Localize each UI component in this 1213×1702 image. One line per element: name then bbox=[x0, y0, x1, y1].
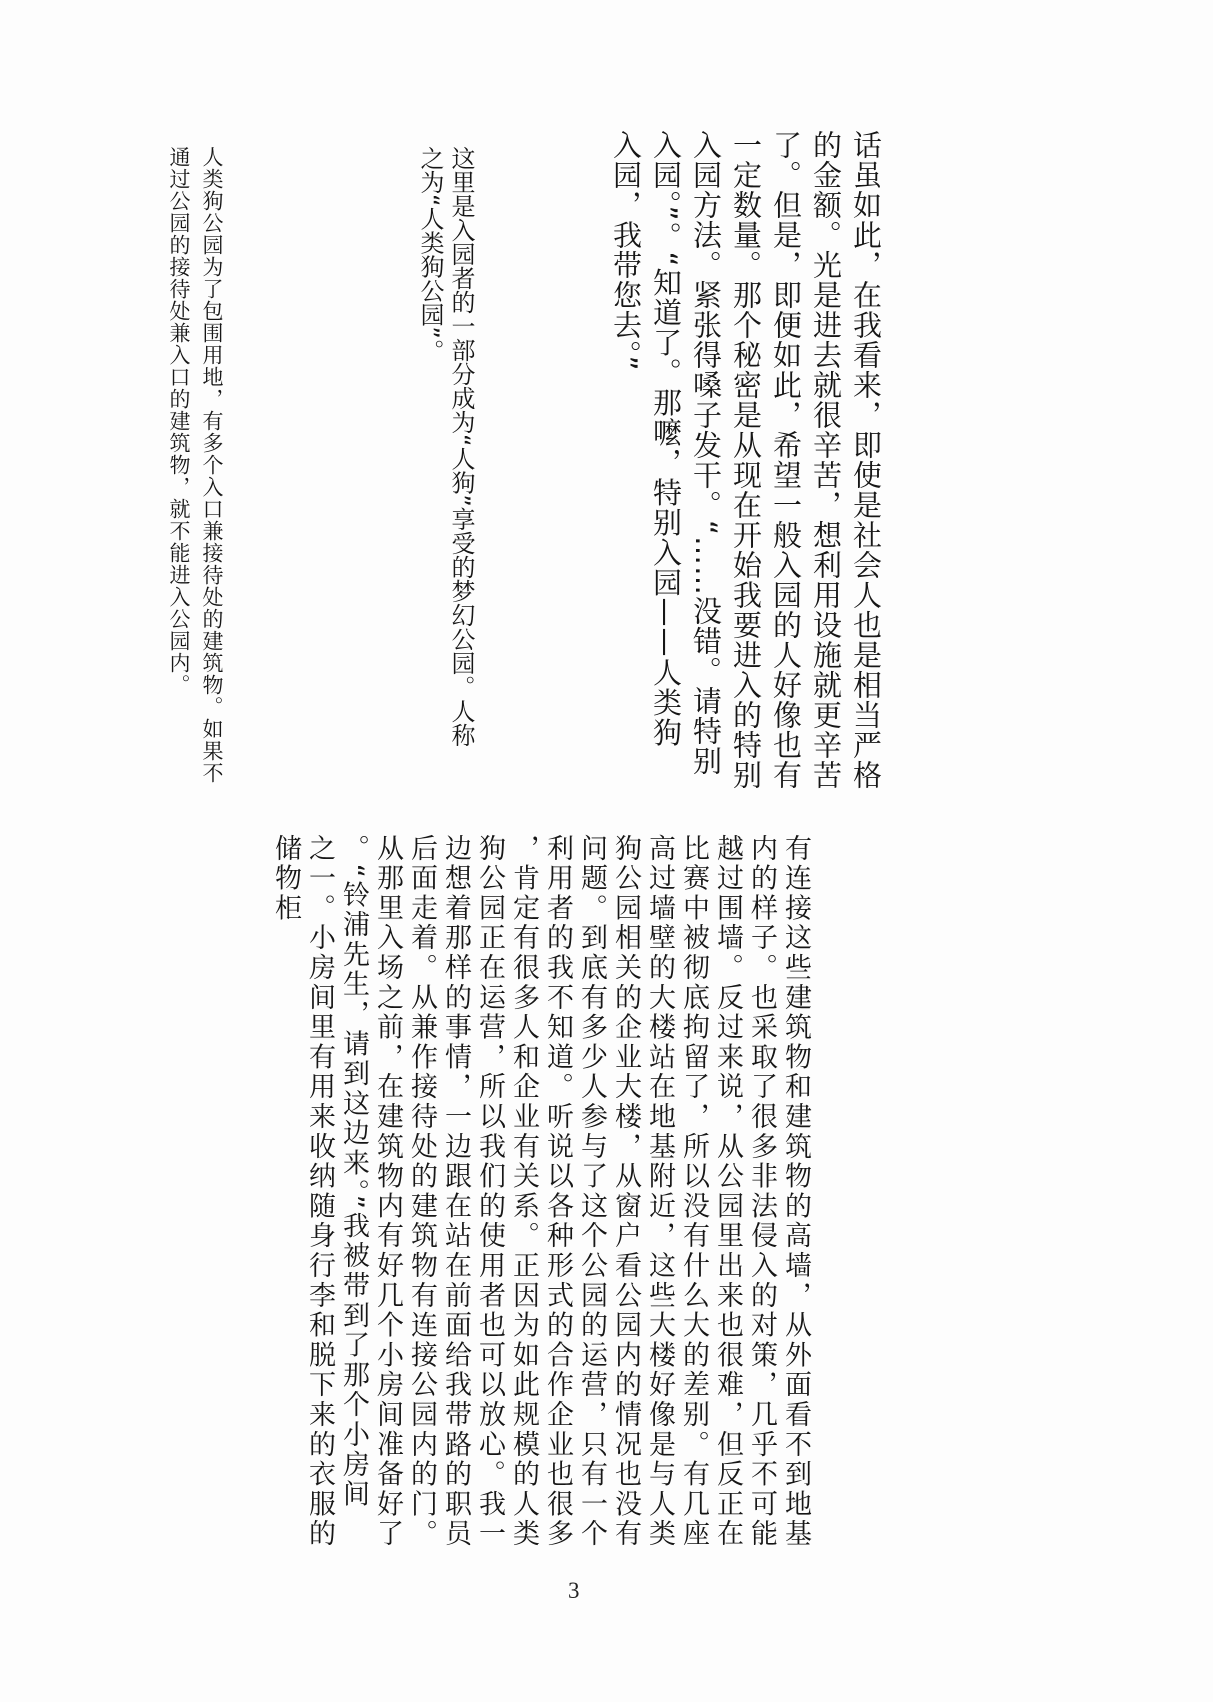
text-column: 通过公园的接待处兼入口的建筑物，就不能进入公园内。 bbox=[162, 146, 195, 784]
text-column: 之为“人类狗公园”。 bbox=[414, 146, 445, 747]
text-column: 话虽如此，在我看来，即使是社会人也是相当严格 bbox=[846, 130, 886, 790]
text-column: 的金额。光是进去就很辛苦，想利用设施就更辛苦 bbox=[806, 130, 846, 790]
text-column: 有连接这些建筑物和建筑物的高墙，从外面看不到地基 bbox=[778, 834, 812, 1549]
paragraph-top-right: 话虽如此，在我看来，即使是社会人也是相当严格 的金额。光是进去就很辛苦，想利用设… bbox=[606, 130, 886, 790]
text-column: 利用者的我不知道。听说以各种形式的合作企业也很多 bbox=[540, 834, 574, 1549]
text-column: 这里是入园者的一部分成为“人狗”享受的梦幻公园。人称 bbox=[445, 146, 476, 747]
text-column: 狗公园相关的企业大楼，从窗户看公园内的情况也没有 bbox=[608, 834, 642, 1549]
text-column: 从那里入场之前，在建筑物内有好几个小房间准备好了 bbox=[370, 834, 404, 1549]
page-number: 3 bbox=[568, 1578, 580, 1604]
paragraph-bottom: 有连接这些建筑物和建筑物的高墙，从外面看不到地基 内的样子。也采取了很多非法侵入… bbox=[268, 834, 812, 1549]
text-column: 储物柜 bbox=[268, 834, 302, 1549]
text-column: 之一。小房间里有用来收纳随身行李和脱下来的衣服的 bbox=[302, 834, 336, 1549]
text-column: 问题。到底有多少人参与了这个公园的运营，只有一个 bbox=[574, 834, 608, 1549]
text-column: 边想着那样的事情，一边跟在站在前面给我带路的职员 bbox=[438, 834, 472, 1549]
text-column: 一定数量。那个秘密是从现在开始我要进入的特别 bbox=[726, 130, 766, 790]
paragraph-top-left: 人类狗公园为了包围用地，有多个入口兼接待处的建筑物。如果不 通过公园的接待处兼入… bbox=[162, 146, 228, 784]
text-column: 狗公园正在运营，所以我们的使用者也可以放心。我一 bbox=[472, 834, 506, 1549]
text-column: 入园，我带您去。” bbox=[606, 130, 646, 790]
text-column: 高过墙壁的大楼站在地基附近，这些大楼好像是与人类 bbox=[642, 834, 676, 1549]
text-column: 内的样子。也采取了很多非法侵入的对策，几乎不可能 bbox=[744, 834, 778, 1549]
text-column: 比赛中被彻底拘留了，所以没有什么大的差别。有几座 bbox=[676, 834, 710, 1549]
book-page: 话虽如此，在我看来，即使是社会人也是相当严格 的金额。光是进去就很辛苦，想利用设… bbox=[0, 0, 1213, 1702]
paragraph-top-middle: 这里是入园者的一部分成为“人狗”享受的梦幻公园。人称 之为“人类狗公园”。 bbox=[414, 146, 476, 747]
text-column: 后面走着。从兼作接待处的建筑物有连接公园内的门。 bbox=[404, 834, 438, 1549]
text-column: 。“铃浦先生，请到这边来。”我被带到了那个小房间 bbox=[336, 834, 370, 1549]
text-column: 入园方法。紧张得嗓子发干。“……没错。请特别 bbox=[686, 130, 726, 790]
text-column: 越过围墙。反过来说，从公园里出来也很难，但反正在 bbox=[710, 834, 744, 1549]
text-column: 了。但是，即便如此，希望一般入园的人好像也有 bbox=[766, 130, 806, 790]
text-column: ，肯定有很多人和企业有关系。正因为如此规模的人类 bbox=[506, 834, 540, 1549]
text-column: 人类狗公园为了包围用地，有多个入口兼接待处的建筑物。如果不 bbox=[195, 146, 228, 784]
text-column: 入园。”。“知道了。那嚒，特别入园——人类狗 bbox=[646, 130, 686, 790]
